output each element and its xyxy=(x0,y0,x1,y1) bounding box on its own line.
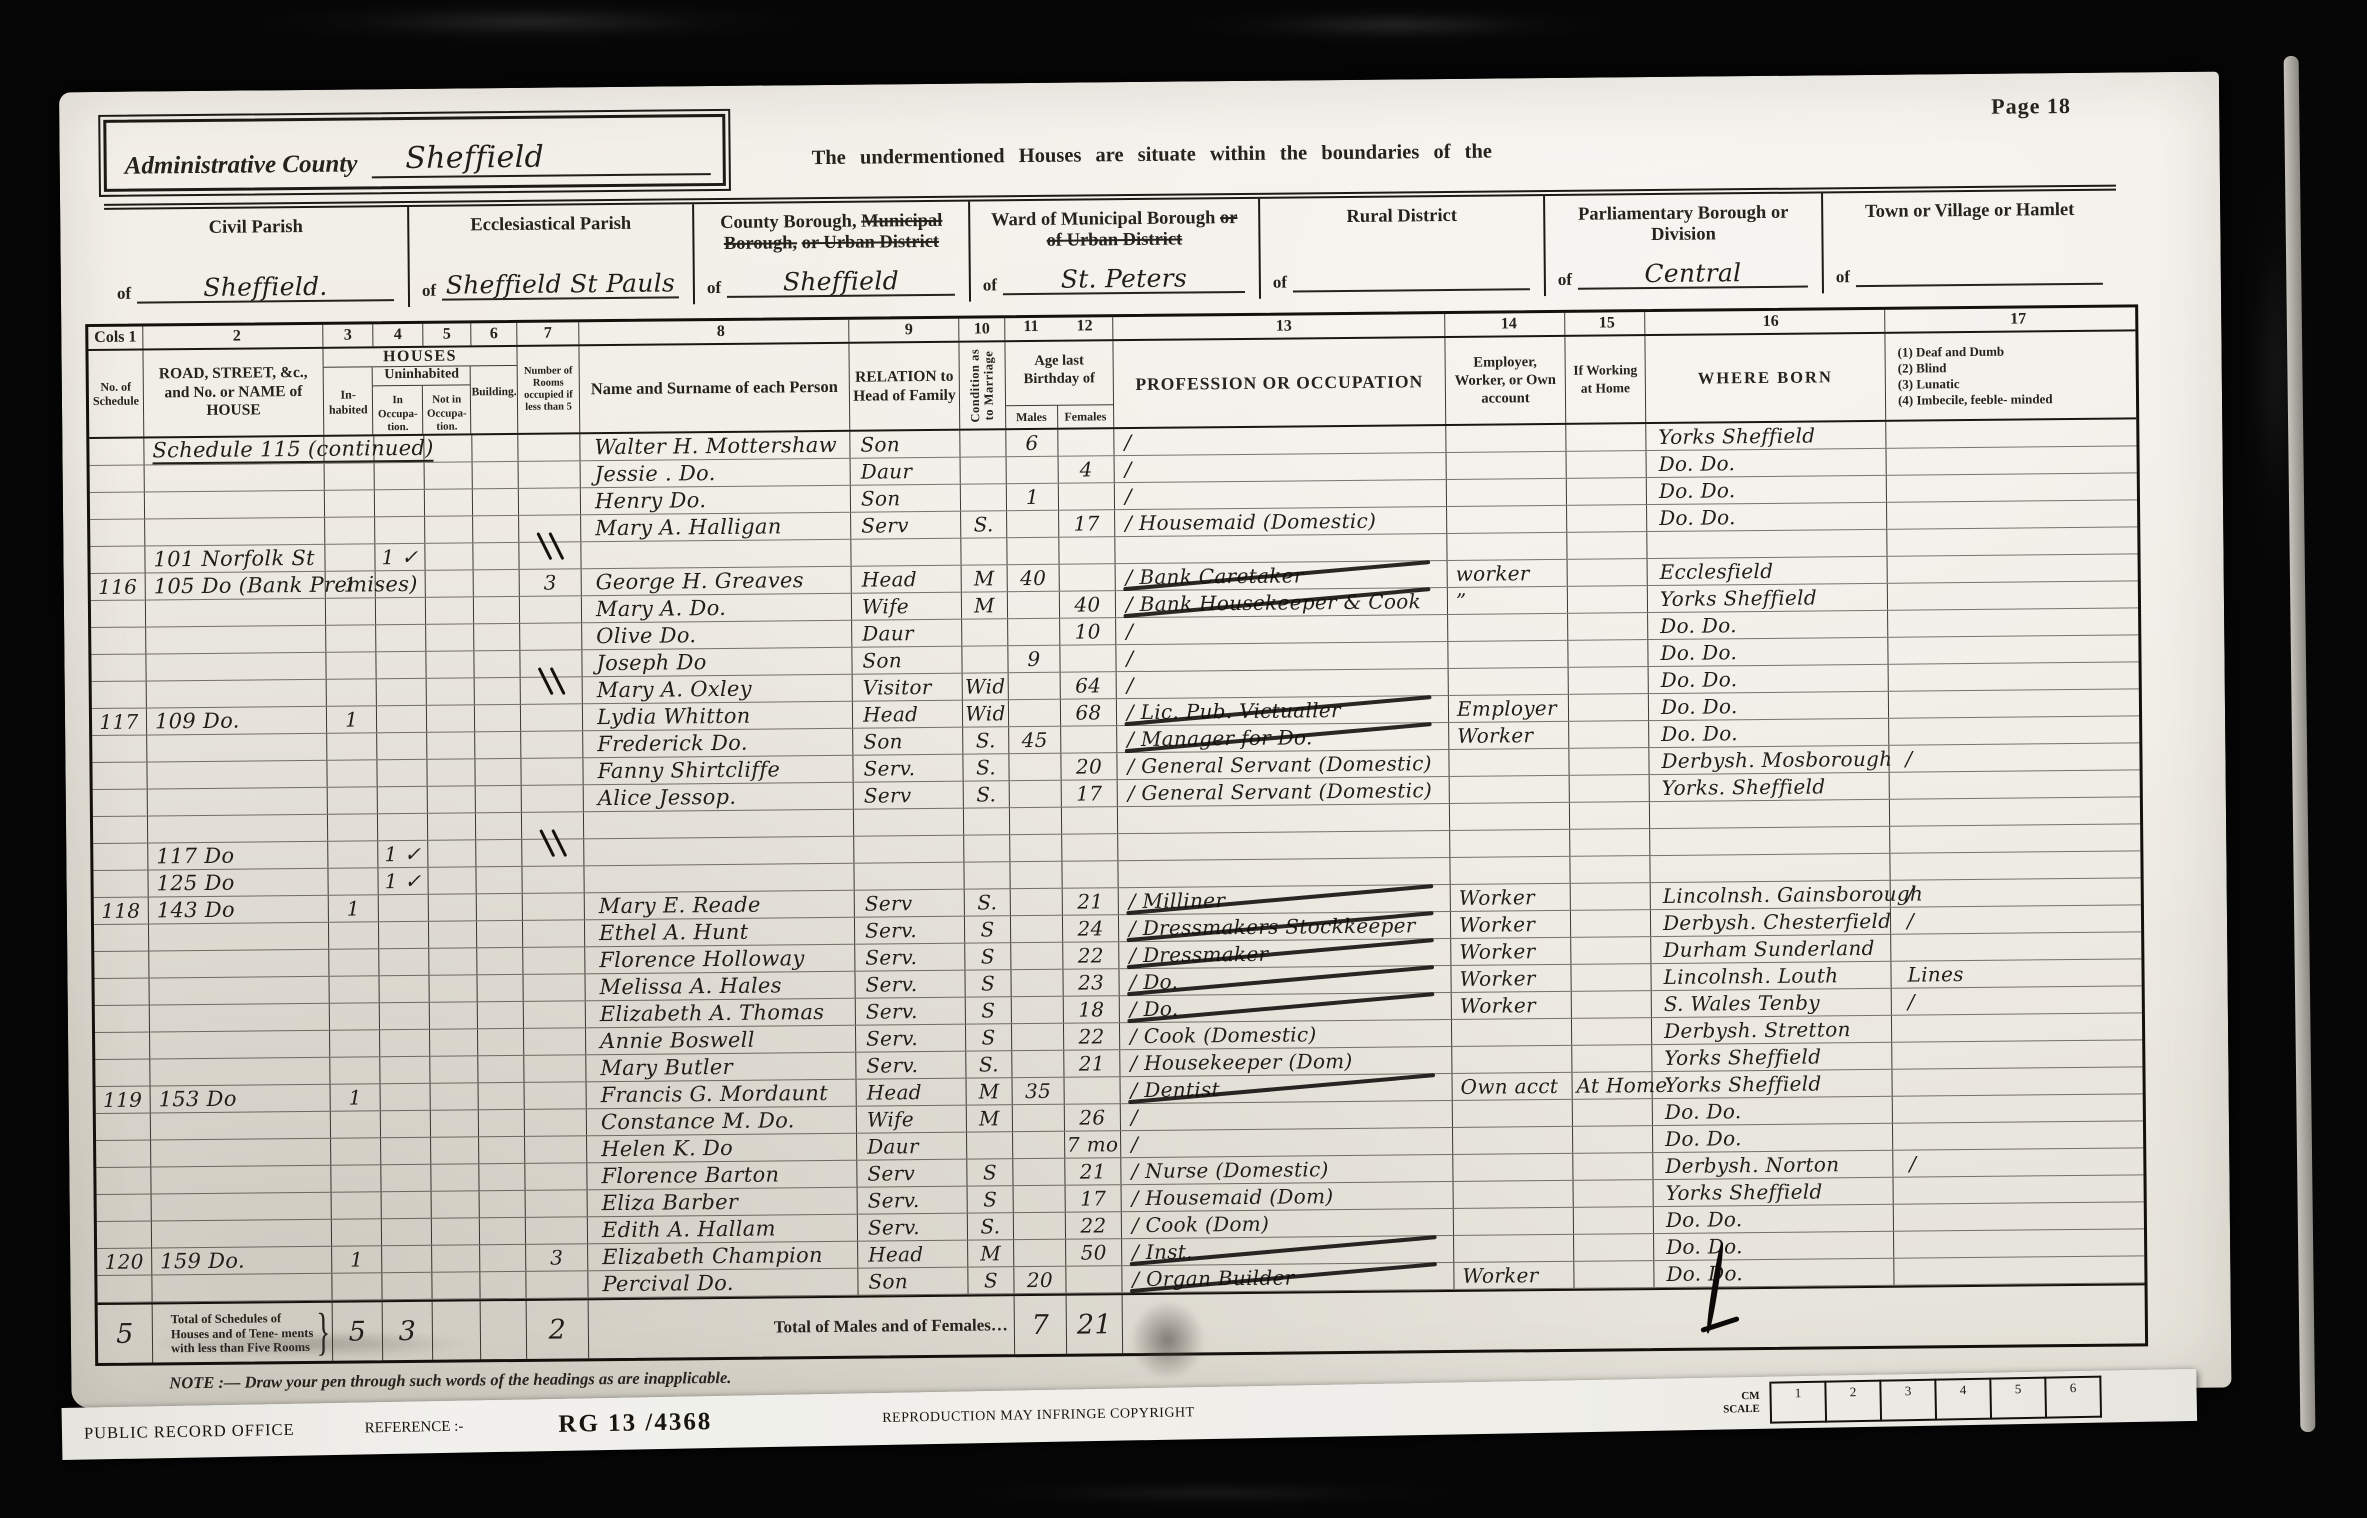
district-value: Sheffield xyxy=(727,267,955,297)
cell-rel: Daur xyxy=(851,458,961,485)
cell-b xyxy=(480,1272,526,1298)
total-females-cell: 21 xyxy=(1067,1295,1124,1354)
district-box-1: Civil ParishofSheffield. xyxy=(104,207,410,310)
col-num-5: 5 xyxy=(423,323,471,345)
cell-note xyxy=(1890,797,2140,825)
cell-emp: Employer xyxy=(1449,695,1569,722)
cell-rel: Son xyxy=(851,485,961,512)
cell-a xyxy=(151,1139,331,1167)
cell-rel: Daur xyxy=(857,1133,967,1160)
cell-emp: Worker xyxy=(1451,911,1571,938)
cell-cond: M xyxy=(962,565,1008,591)
cell-born: Do. Do. xyxy=(1653,1097,1893,1125)
cell-a: Schedule 115 (continued) xyxy=(144,437,324,465)
cell-af xyxy=(1064,1077,1120,1104)
cell-born: Derbysh. Mosborough xyxy=(1649,746,1889,774)
cell-am xyxy=(1010,808,1062,834)
cell-cond: S. xyxy=(963,754,1009,780)
cell-i xyxy=(329,949,379,975)
copyright-notice: REPRODUCTION MAY INFRINGE COPYRIGHT xyxy=(882,1405,1195,1427)
cell-am xyxy=(1014,1186,1066,1212)
cell-b xyxy=(473,516,519,542)
cell-born xyxy=(1650,854,1890,882)
cell-note xyxy=(1892,1013,2142,1041)
ink-smudge xyxy=(150,1330,470,1358)
cell-r xyxy=(523,947,585,974)
cell-a: 125 Do xyxy=(148,869,328,897)
cell-occ xyxy=(1118,858,1450,887)
scale-box: 2 xyxy=(1826,1380,1882,1423)
cell-cond xyxy=(961,484,1007,510)
cell-born xyxy=(1650,800,1890,828)
cell-rel: Serv. xyxy=(855,917,965,944)
district-value: Sheffield. xyxy=(137,273,394,304)
cell-i xyxy=(325,463,375,489)
cell-cond: S xyxy=(968,1267,1014,1293)
cell-born: Derbysh. Norton xyxy=(1653,1151,1893,1179)
cell-r xyxy=(522,839,584,866)
cell-born: Do. Do. xyxy=(1649,692,1889,720)
cell-rel: Wife xyxy=(852,593,962,620)
cell-i xyxy=(325,544,375,570)
cell-n xyxy=(429,894,477,920)
cell-note xyxy=(1889,689,2139,717)
cell-cond: M xyxy=(968,1240,1014,1266)
cell-name: Mary E. Reade xyxy=(585,891,855,920)
cell-home xyxy=(1572,991,1652,1018)
cell-name: Henry Do. xyxy=(581,486,851,515)
cell-o xyxy=(379,895,429,921)
cell-af: 26 xyxy=(1065,1104,1121,1131)
cell-s xyxy=(95,1059,150,1086)
cell-r xyxy=(522,866,584,893)
cell-af: 22 xyxy=(1063,942,1119,969)
header-uninhabited-group: Uninhabited In Occupa- tion. Not in Occu… xyxy=(373,367,472,435)
cell-s xyxy=(91,655,146,682)
total-rooms-cell: 2 xyxy=(527,1300,590,1359)
cell-n xyxy=(428,867,476,893)
census-form-page: Administrative County Sheffield The unde… xyxy=(59,72,2232,1409)
cell-b xyxy=(476,840,522,866)
cell-home xyxy=(1570,775,1650,802)
cell-a xyxy=(149,923,329,951)
cell-b xyxy=(479,1110,525,1136)
cell-n xyxy=(427,678,475,704)
cell-born: Do. Do. xyxy=(1647,476,1887,504)
cell-home xyxy=(1567,532,1647,559)
cell-note: / xyxy=(1892,986,2142,1014)
cell-emp xyxy=(1452,1046,1572,1073)
cell-born: S. Wales Tenby xyxy=(1652,989,1892,1017)
cell-i xyxy=(326,652,376,678)
cell-i xyxy=(325,490,375,516)
district-label: Parliamentary Borough or Division xyxy=(1545,202,1821,247)
district-box-4: Ward of Municipal Borough or of Urban Di… xyxy=(970,199,1261,302)
cell-s: 118 xyxy=(94,897,149,924)
cell-occ: / Organ Builder xyxy=(1122,1263,1454,1292)
cell-home xyxy=(1569,667,1649,694)
cell-cond: S xyxy=(968,1186,1014,1212)
cell-cond xyxy=(962,646,1008,672)
col-num-10: 10 xyxy=(959,318,1005,340)
cell-s xyxy=(97,1194,152,1221)
administrative-county-box: Administrative County Sheffield xyxy=(103,114,726,192)
cell-emp xyxy=(1452,1019,1572,1046)
cell-born: Do. Do. xyxy=(1654,1205,1894,1233)
cell-occ: / Housekeeper (Dom) xyxy=(1120,1047,1452,1076)
total-males-cell: 7 xyxy=(1015,1296,1068,1354)
cell-o xyxy=(378,787,428,813)
cell-i: 1 xyxy=(332,1246,382,1272)
district-label: Civil Parish xyxy=(104,216,407,240)
cell-n xyxy=(426,624,474,650)
cell-note: Lines xyxy=(1891,959,2141,987)
cell-occ xyxy=(1118,831,1450,860)
cell-occ: / Milliner xyxy=(1119,885,1451,914)
cell-am xyxy=(1007,538,1059,564)
cell-i xyxy=(327,760,377,786)
cell-r xyxy=(521,704,583,731)
cell-a: 143 Do xyxy=(149,896,329,924)
cell-b xyxy=(477,894,523,920)
cell-o xyxy=(382,1273,432,1299)
cell-note xyxy=(1894,1229,2144,1257)
cell-note xyxy=(1888,635,2138,663)
cell-a: 117 Do xyxy=(148,842,328,870)
header-where-born: WHERE BORN xyxy=(1645,334,1886,422)
cell-a xyxy=(147,734,327,762)
cell-r: 3 xyxy=(526,1244,588,1271)
cell-cond: S xyxy=(967,1159,1013,1185)
cell-emp xyxy=(1450,776,1570,803)
cell-born: Lincolnsh. Louth xyxy=(1651,962,1891,990)
cell-occ: / Bank Housekeeper & Cook xyxy=(1116,588,1448,617)
cell-n xyxy=(431,1083,479,1109)
cell-af: 40 xyxy=(1060,591,1116,618)
cell-home xyxy=(1568,640,1648,667)
cell-rel xyxy=(851,539,961,566)
cell-s xyxy=(94,951,149,978)
cell-r xyxy=(523,893,585,920)
cell-am xyxy=(1009,754,1061,780)
cell-home xyxy=(1567,478,1647,505)
cell-cond xyxy=(961,457,1007,483)
cell-a xyxy=(145,464,325,492)
cell-born: Durham Sunderland xyxy=(1651,935,1891,963)
film-smudge xyxy=(950,1478,1470,1508)
cell-rel: Serv xyxy=(857,1160,967,1187)
header-infirmities: (1) Deaf and Dumb(2) Blind(3) Lunatic(4)… xyxy=(1885,331,2136,419)
cell-occ: / Do. xyxy=(1120,993,1452,1022)
film-smudge xyxy=(250,0,810,44)
cell-cond: M xyxy=(966,1078,1012,1104)
cell-note xyxy=(1888,581,2138,609)
total-building-cell xyxy=(481,1301,528,1359)
cell-name: Jessie . Do. xyxy=(581,459,851,488)
district-label: Rural District xyxy=(1260,205,1543,229)
cell-i xyxy=(328,868,378,894)
cell-r xyxy=(526,1271,588,1298)
cell-n xyxy=(432,1191,480,1217)
cell-occ: / Manager for Do. xyxy=(1117,723,1449,752)
cell-note xyxy=(1891,932,2141,960)
cell-note: / xyxy=(1893,1148,2143,1176)
cell-name: Florence Holloway xyxy=(585,945,855,974)
cell-a xyxy=(146,653,326,681)
footnote: NOTE :— Draw your pen through such words… xyxy=(169,1368,731,1393)
col-num-16: 16 xyxy=(1645,310,1885,334)
cell-rel: Serv. xyxy=(858,1214,968,1241)
cell-home xyxy=(1568,613,1648,640)
cell-r xyxy=(519,542,581,569)
cell-s xyxy=(91,628,146,655)
cell-occ: / Dressmaker xyxy=(1119,939,1451,968)
cell-r xyxy=(519,488,581,515)
cell-note xyxy=(1893,1121,2143,1149)
cell-emp xyxy=(1454,1181,1574,1208)
cell-o xyxy=(375,463,425,489)
cell-note xyxy=(1887,527,2137,555)
cell-born: Do. Do. xyxy=(1648,611,1888,639)
cell-occ: / General Servant (Domestic) xyxy=(1117,750,1449,779)
cell-b xyxy=(479,1164,525,1190)
district-box-2: Ecclesiastical ParishofSheffield St Paul… xyxy=(409,204,695,307)
cell-note xyxy=(1889,662,2139,690)
cell-r xyxy=(525,1136,587,1163)
cell-am xyxy=(1010,781,1062,807)
cell-note xyxy=(1893,1175,2143,1203)
cell-am xyxy=(1013,1159,1065,1185)
cell-b xyxy=(479,1137,525,1163)
cell-n xyxy=(431,1137,479,1163)
cell-i xyxy=(331,1138,381,1164)
cell-rel: Serv. xyxy=(858,1187,968,1214)
cell-am: 40 xyxy=(1008,565,1060,591)
cell-emp: Worker xyxy=(1454,1262,1574,1289)
cm-scale-label: CM SCALE xyxy=(1707,1390,1759,1417)
cell-a xyxy=(147,761,327,789)
cell-s: 120 xyxy=(97,1248,152,1275)
district-label: County Borough, Municipal Borough, or Ur… xyxy=(694,211,968,256)
cell-n xyxy=(425,462,473,488)
cell-occ: / xyxy=(1121,1128,1453,1157)
cell-am xyxy=(1008,619,1060,645)
cell-i xyxy=(326,625,376,651)
cell-af: 64 xyxy=(1061,672,1117,699)
header-age-group: Age last Birthday of Males Females xyxy=(1005,341,1114,428)
cell-a xyxy=(148,815,328,843)
cell-o xyxy=(381,1111,431,1137)
cell-b xyxy=(474,651,520,677)
cell-home xyxy=(1570,802,1650,829)
cell-r xyxy=(525,1082,587,1109)
col-num-1: Cols 1 xyxy=(88,327,143,350)
cell-o xyxy=(380,1003,430,1029)
cell-am xyxy=(1011,889,1063,915)
cell-cond xyxy=(964,835,1010,861)
header-working-at-home: If Working at Home xyxy=(1565,336,1646,423)
cell-cond: S xyxy=(965,970,1011,996)
cell-emp: Worker xyxy=(1452,992,1572,1019)
cell-am xyxy=(1012,1024,1064,1050)
cell-occ: / Dentist xyxy=(1120,1074,1452,1103)
cell-am: 6 xyxy=(1006,430,1058,456)
cell-name: Lydia Whitton xyxy=(583,702,853,731)
cell-cond: S xyxy=(965,916,1011,942)
cell-occ xyxy=(1118,804,1450,833)
cell-home xyxy=(1574,1234,1654,1261)
cell-home xyxy=(1567,505,1647,532)
cell-af: 7 mo xyxy=(1065,1131,1121,1158)
cell-note: / xyxy=(1891,878,2141,906)
ink-smudge xyxy=(1130,1300,1205,1380)
col-num-12: 12 xyxy=(1057,317,1113,340)
cell-a xyxy=(151,1166,331,1194)
cell-am xyxy=(1014,1213,1066,1239)
cell-home xyxy=(1568,559,1648,586)
cell-b xyxy=(474,570,520,596)
cell-born: Do. Do. xyxy=(1649,665,1889,693)
cell-note xyxy=(1887,473,2137,501)
cell-rel: Serv. xyxy=(855,971,965,998)
cell-home xyxy=(1573,1126,1653,1153)
cell-n xyxy=(428,840,476,866)
cell-rel: Serv xyxy=(854,782,964,809)
cell-am xyxy=(1011,970,1063,996)
cell-occ: / Housemaid (Dom) xyxy=(1122,1182,1454,1211)
cell-am xyxy=(1011,916,1063,942)
cell-af: 68 xyxy=(1061,699,1117,726)
cell-note: / xyxy=(1891,905,2141,933)
cell-note xyxy=(1890,851,2140,879)
cell-b xyxy=(477,921,523,947)
cell-o xyxy=(379,976,429,1002)
cell-emp xyxy=(1453,1100,1573,1127)
cell-born: Lincolnsh. Gainsborough xyxy=(1651,881,1891,909)
cell-b xyxy=(480,1218,526,1244)
cell-occ: / xyxy=(1116,642,1448,671)
header-schedule: No. of Schedule xyxy=(88,351,144,438)
cell-a: 109 Do. xyxy=(147,707,327,735)
cell-r xyxy=(524,1001,586,1028)
cell-occ: / Dressmakers Stockkeeper xyxy=(1119,912,1451,941)
cell-rel: Head xyxy=(858,1241,968,1268)
cell-cond: S. xyxy=(961,511,1007,537)
cell-am xyxy=(1011,943,1063,969)
cell-occ: / Lic. Pub. Victualler xyxy=(1117,696,1449,725)
cell-rel: Serv xyxy=(851,512,961,539)
cell-emp xyxy=(1447,452,1567,479)
cell-a: 159 Do. xyxy=(152,1247,332,1275)
cell-cond xyxy=(961,538,1007,564)
cell-b xyxy=(478,1056,524,1082)
cell-af: 17 xyxy=(1062,780,1118,807)
cell-rel: Head xyxy=(853,701,963,728)
col-num-15: 15 xyxy=(1565,312,1645,335)
cell-occ: / Inst. xyxy=(1122,1236,1454,1265)
cell-born: Yorks. Sheffield xyxy=(1650,773,1890,801)
cell-n xyxy=(426,570,474,596)
cell-emp xyxy=(1446,425,1566,452)
cell-af xyxy=(1061,726,1117,753)
cell-am xyxy=(1013,1132,1065,1158)
cell-note xyxy=(1894,1202,2144,1230)
cell-name: Francis G. Mordaunt xyxy=(587,1080,857,1109)
cell-n xyxy=(431,1110,479,1136)
cell-s xyxy=(95,1032,150,1059)
cell-home: At Home xyxy=(1572,1072,1652,1099)
district-box-7: Town or Village or Hamletof xyxy=(1823,191,2117,294)
cell-s: 117 xyxy=(92,709,147,736)
cell-n xyxy=(427,705,475,731)
cell-am xyxy=(1007,511,1059,537)
cell-i xyxy=(330,1057,380,1083)
col-num-11-12: 11 12 xyxy=(1005,317,1113,340)
header-profession: PROFESSION OR OCCUPATION xyxy=(1113,338,1446,427)
cell-a xyxy=(150,1031,330,1059)
cell-o xyxy=(377,733,427,759)
cell-i xyxy=(326,598,376,624)
cell-born: Do. Do. xyxy=(1649,719,1889,747)
col-num-14: 14 xyxy=(1445,313,1565,336)
cell-i xyxy=(328,841,378,867)
cell-born: Yorks Sheffield xyxy=(1646,422,1886,450)
cell-name: Melissa A. Hales xyxy=(585,972,855,1001)
cell-a xyxy=(149,977,329,1005)
cell-af: 21 xyxy=(1065,1158,1121,1185)
district-label: Ecclesiastical Parish xyxy=(409,213,692,237)
cell-emp: Worker xyxy=(1451,965,1571,992)
cell-i xyxy=(329,976,379,1002)
cell-o xyxy=(375,490,425,516)
cell-name: Edith A. Hallam xyxy=(588,1215,858,1244)
cell-o xyxy=(378,814,428,840)
cell-occ: / Do. xyxy=(1119,966,1451,995)
district-label: Ward of Municipal Borough or of Urban Di… xyxy=(970,208,1258,253)
cell-emp: worker xyxy=(1448,560,1568,587)
cell-o xyxy=(382,1219,432,1245)
cell-i xyxy=(329,922,379,948)
col-num-9: 9 xyxy=(849,319,959,342)
cell-i xyxy=(330,1003,380,1029)
cell-born: Do. Do. xyxy=(1647,449,1887,477)
cell-name: Mary Butler xyxy=(586,1053,856,1082)
cell-af: 4 xyxy=(1059,456,1115,483)
header-inhabited: In- habited xyxy=(324,368,374,435)
cell-occ: / Housemaid (Domestic) xyxy=(1115,507,1447,536)
cell-born xyxy=(1647,530,1887,558)
cell-s xyxy=(90,547,145,574)
cell-note xyxy=(1890,770,2140,798)
cell-cond: M xyxy=(962,592,1008,618)
cell-i xyxy=(331,1165,381,1191)
cell-rel: Serv. xyxy=(855,944,965,971)
cell-o xyxy=(376,625,426,651)
cell-s xyxy=(95,1005,150,1032)
cell-af: 18 xyxy=(1064,996,1120,1023)
district-value xyxy=(1293,264,1530,292)
cell-note xyxy=(1892,1040,2142,1068)
cell-r xyxy=(521,731,583,758)
cell-a xyxy=(151,1112,331,1140)
cell-note xyxy=(1892,1067,2142,1095)
cell-rel xyxy=(854,863,964,890)
cell-a xyxy=(146,599,326,627)
cell-born: Do. Do. xyxy=(1647,503,1887,531)
cell-s xyxy=(96,1167,151,1194)
cell-born: Do. Do. xyxy=(1653,1124,1893,1152)
cell-note xyxy=(1894,1256,2144,1284)
